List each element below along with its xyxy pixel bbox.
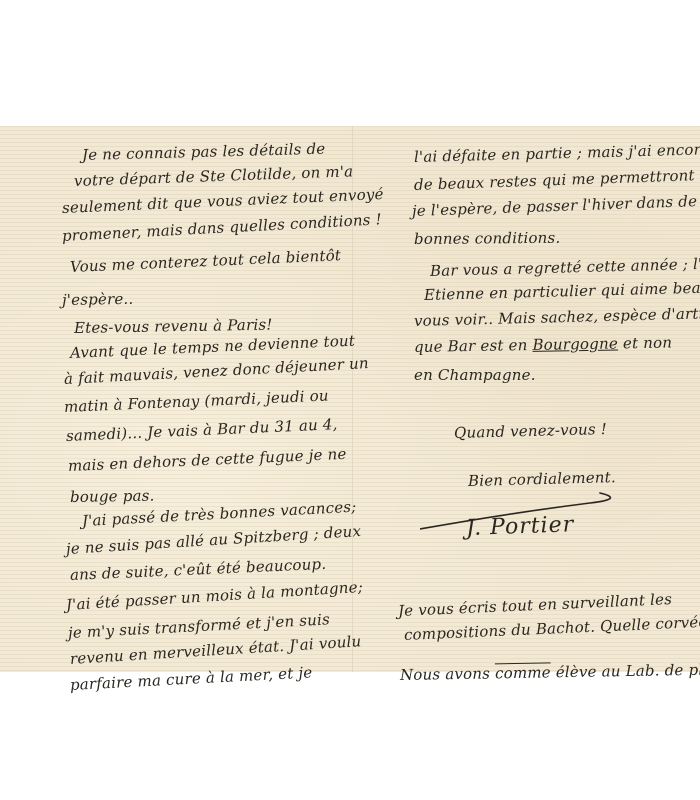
text-line: Nous avons comme élève au Lab. de physio…	[400, 659, 700, 684]
text-fragment: Nous avons	[400, 664, 490, 684]
text-fragment: que Bar est en	[414, 336, 528, 356]
text-line: je l'espère, de passer l'hiver dans de	[412, 192, 698, 220]
crossed-word: comme	[495, 663, 551, 682]
text-line: de beaux restes qui me permettront	[414, 166, 695, 194]
right-page: l'ai défaite en partie ; mais j'ai encor…	[354, 126, 700, 672]
text-line: promener, mais dans quelles conditions !	[62, 210, 383, 245]
letter-paper: Je ne connais pas les détails de votre d…	[0, 126, 700, 672]
signature-flourish	[420, 471, 700, 531]
text-line: Je ne connais pas les détails de	[82, 140, 326, 164]
text-line: bonnes conditions.	[414, 229, 561, 248]
text-line: Vous me conterez tout cela bientôt	[70, 246, 342, 276]
text-line: que Bar est en Bourgogne et non	[414, 333, 672, 356]
text-fragment: élève au Lab. de physiologie	[556, 659, 700, 681]
text-line: j'espère..	[62, 290, 134, 309]
text-line: Etienne en particulier qui aime beaucoup	[424, 278, 700, 304]
text-line: mais en dehors de cette fugue je ne	[68, 445, 347, 475]
text-line: matin à Fontenay (mardi, jeudi ou	[64, 386, 329, 416]
text-line: samedi)... Je vais à Bar du 31 au 4,	[66, 415, 338, 445]
text-line: ans de suite, c'eût été beaucoup.	[70, 555, 327, 584]
text-line: Quand venez-vous !	[454, 420, 607, 442]
text-line: bouge pas.	[70, 487, 155, 506]
text-line: vous voir.. Mais sachez, espèce d'artist…	[414, 304, 700, 330]
text-line: J'ai été passer un mois à la montagne;	[65, 578, 363, 614]
underlined-word: Bourgogne	[532, 334, 618, 353]
text-fragment: et non	[623, 333, 673, 352]
text-line: l'ai défaite en partie ; mais j'ai encor…	[414, 140, 700, 166]
text-line: en Champagne.	[414, 366, 536, 384]
left-page: Je ne connais pas les détails de votre d…	[0, 126, 352, 672]
text-line: Etes-vous revenu à Paris!	[74, 316, 273, 337]
text-line: votre départ de Ste Clotilde, on m'a	[74, 162, 354, 190]
text-line: Bar vous a regretté cette année ; l'oncl…	[430, 254, 700, 280]
text-line: parfaire ma cure à la mer, et je	[70, 663, 313, 694]
